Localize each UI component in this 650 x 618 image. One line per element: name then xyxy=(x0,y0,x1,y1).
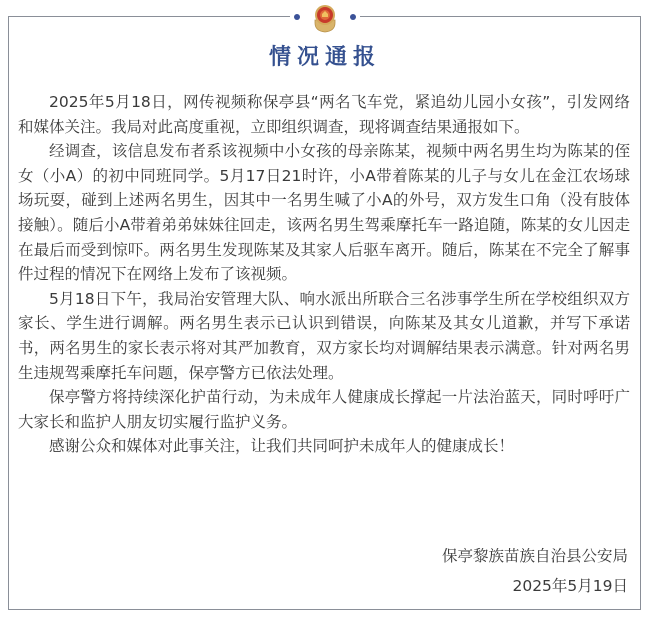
notice-body: 2025年5月18日，网传视频称保亭县“两名飞车党，紧追幼儿园小女孩”，引发网络… xyxy=(18,90,630,459)
paragraph-investigation: 经调查，该信息发布者系该视频中小女孩的母亲陈某，视频中两名男生均为陈某的侄女（小… xyxy=(18,139,630,287)
paragraph-mediation: 5月18日下午，我局治安管理大队、响水派出所联合三名涉事学生所在学校组织双方家长… xyxy=(18,287,630,385)
page-title: 情况通报 xyxy=(0,40,650,71)
paragraph-intro: 2025年5月18日，网传视频称保亭县“两名飞车党，紧追幼儿园小女孩”，引发网络… xyxy=(18,90,630,139)
issue-date: 2025年5月19日 xyxy=(512,574,628,596)
header-decoration xyxy=(0,0,650,40)
paragraph-thanks: 感谢公众和媒体对此事关注，让我们共同呵护未成年人的健康成长！ xyxy=(18,434,630,459)
paragraph-appeal: 保亭警方将持续深化护苗行动，为未成年人健康成长撑起一片法治蓝天，同时呼吁广大家长… xyxy=(18,385,630,434)
issuer-name: 保亭黎族苗族自治县公安局 xyxy=(442,544,628,566)
left-dot-ornament xyxy=(294,14,300,20)
right-dot-ornament xyxy=(350,14,356,20)
police-emblem-icon xyxy=(312,3,338,33)
